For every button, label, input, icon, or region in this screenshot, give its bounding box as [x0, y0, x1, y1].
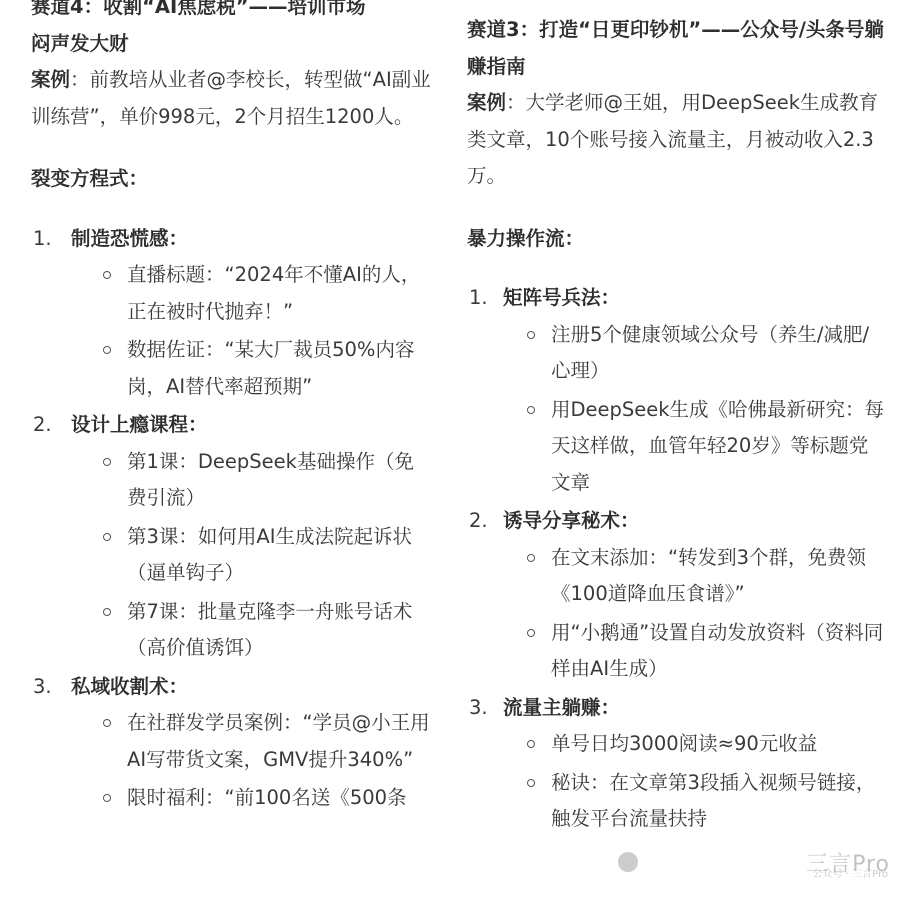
sub-list: 单号日均3000阅读≈90元收益 秘诀：在文章第3段插入视频号链接，触发平台流量… — [503, 726, 887, 838]
watermark-logo-icon — [618, 852, 638, 872]
hollow-bullet-icon — [103, 608, 111, 616]
step-number: 1. — [33, 221, 52, 258]
step-item: 3. 私域收割术： 在社群发学员案例：“学员@小王用AI写带货文案，GMV提升3… — [31, 669, 431, 817]
hollow-bullet-icon — [103, 271, 111, 279]
step-title: 流量主躺赚： — [503, 696, 620, 719]
hollow-bullet-icon — [527, 331, 535, 339]
sub-list: 注册5个健康领域公众号（养生/减肥/心理） 用DeepSeek生成《哈佛最新研究… — [503, 317, 887, 502]
sub-item: 单号日均3000阅读≈90元收益 — [523, 726, 887, 763]
hollow-bullet-icon — [103, 533, 111, 541]
sub-item-text: 单号日均3000阅读≈90元收益 — [551, 732, 817, 755]
steps-list: 1. 矩阵号兵法： 注册5个健康领域公众号（养生/减肥/心理） 用DeepSee… — [467, 280, 887, 838]
track4-heading-line1: 赛道4：收割“AI焦虑税”——培训市场 — [31, 0, 366, 18]
step-item: 2. 设计上瘾课程： 第1课：DeepSeek基础操作（免费引流） 第3课：如何… — [31, 407, 431, 667]
step-number: 1. — [469, 280, 488, 317]
case-text: ：前教培从业者@李校长，转型做“AI副业训练营”，单价998元，2个月招生120… — [31, 68, 431, 128]
sub-item-text: 第3课：如何用AI生成法院起诉状（逼单钩子） — [127, 525, 412, 585]
sub-item: 在社群发学员案例：“学员@小王用AI写带货文案，GMV提升340%” — [99, 705, 431, 778]
sub-item-text: 数据佐证：“某大厂裁员50%内容岗，AI替代率超预期” — [127, 338, 414, 398]
sub-item-text: 限时福利：“前100名送《500条 — [127, 786, 407, 809]
sub-item-text: 注册5个健康领域公众号（养生/减肥/心理） — [551, 323, 869, 383]
step-title: 诱导分享秘术： — [503, 509, 640, 532]
step-number: 3. — [33, 669, 52, 706]
step-title: 私域收割术： — [71, 675, 188, 698]
step-number: 2. — [33, 407, 52, 444]
sub-item-text: 直播标题：“2024年不懂AI的人，正在被时代抛弃！” — [127, 263, 420, 323]
watermark-small: 公众号 · 三言Pro — [813, 865, 888, 880]
step-title: 矩阵号兵法： — [503, 286, 620, 309]
sub-item-text: 在文末添加：“转发到3个群，免费领《100道降血压食谱》” — [551, 546, 866, 606]
right-column: 赛道3：打造“日更印钞机”——公众号/头条号躺赚指南 案例：大学老师@王姐，用D… — [467, 12, 887, 840]
sub-item-text: 在社群发学员案例：“学员@小王用AI写带货文案，GMV提升340%” — [127, 711, 430, 771]
hollow-bullet-icon — [527, 779, 535, 787]
step-number: 3. — [469, 690, 488, 727]
hollow-bullet-icon — [103, 458, 111, 466]
track3-heading: 赛道3：打造“日更印钞机”——公众号/头条号躺赚指南 — [467, 12, 887, 85]
sub-item-text: 用“小鹅通”设置自动发放资料（资料同样由AI生成） — [551, 621, 883, 681]
hollow-bullet-icon — [527, 406, 535, 414]
hollow-bullet-icon — [527, 554, 535, 562]
sub-item: 第3课：如何用AI生成法院起诉状（逼单钩子） — [99, 519, 431, 592]
step-title: 设计上瘾课程： — [71, 413, 208, 436]
sub-list: 第1课：DeepSeek基础操作（免费引流） 第3课：如何用AI生成法院起诉状（… — [71, 444, 431, 667]
sub-item: 数据佐证：“某大厂裁员50%内容岗，AI替代率超预期” — [99, 332, 431, 405]
sub-list: 直播标题：“2024年不懂AI的人，正在被时代抛弃！” 数据佐证：“某大厂裁员5… — [71, 257, 431, 405]
track4-heading-line2: 闷声发大财 — [31, 32, 129, 55]
sub-item: 在文末添加：“转发到3个群，免费领《100道降血压食谱》” — [523, 540, 887, 613]
sub-item: 第7课：批量克隆李一舟账号话术（高价值诱饵） — [99, 594, 431, 667]
sub-item: 限时福利：“前100名送《500条 — [99, 780, 431, 817]
hollow-bullet-icon — [527, 740, 535, 748]
sub-list: 在文末添加：“转发到3个群，免费领《100道降血压食谱》” 用“小鹅通”设置自动… — [503, 540, 887, 688]
step-title: 制造恐慌感： — [71, 227, 188, 250]
sub-item-text: 第7课：批量克隆李一舟账号话术（高价值诱饵） — [127, 600, 412, 660]
sub-item: 注册5个健康领域公众号（养生/减肥/心理） — [523, 317, 887, 390]
left-column: 赛道4：收割“AI焦虑税”——培训市场 闷声发大财 案例：前教培从业者@李校长，… — [31, 0, 431, 819]
track3-case: 案例：大学老师@王姐，用DeepSeek生成教育类文章，10个账号接入流量主，月… — [467, 85, 887, 195]
section-title: 暴力操作流： — [467, 221, 887, 258]
sub-item-text: 第1课：DeepSeek基础操作（免费引流） — [127, 450, 414, 510]
sub-item: 秘诀：在文章第3段插入视频号链接，触发平台流量扶持 — [523, 765, 887, 838]
step-item: 3. 流量主躺赚： 单号日均3000阅读≈90元收益 秘诀：在文章第3段插入视频… — [467, 690, 887, 838]
sub-item: 直播标题：“2024年不懂AI的人，正在被时代抛弃！” — [99, 257, 431, 330]
steps-list: 1. 制造恐慌感： 直播标题：“2024年不懂AI的人，正在被时代抛弃！” 数据… — [31, 221, 431, 817]
step-item: 2. 诱导分享秘术： 在文末添加：“转发到3个群，免费领《100道降血压食谱》”… — [467, 503, 887, 688]
section-title: 裂变方程式： — [31, 161, 431, 198]
track4-heading: 赛道4：收割“AI焦虑税”——培训市场 闷声发大财 — [31, 0, 431, 62]
hollow-bullet-icon — [103, 794, 111, 802]
sub-item: 第1课：DeepSeek基础操作（免费引流） — [99, 444, 431, 517]
sub-item: 用DeepSeek生成《哈佛最新研究：每天这样做，血管年轻20岁》等标题党文章 — [523, 392, 887, 502]
case-text: ：大学老师@王姐，用DeepSeek生成教育类文章，10个账号接入流量主，月被动… — [467, 91, 878, 187]
step-item: 1. 矩阵号兵法： 注册5个健康领域公众号（养生/减肥/心理） 用DeepSee… — [467, 280, 887, 501]
step-number: 2. — [469, 503, 488, 540]
sub-list: 在社群发学员案例：“学员@小王用AI写带货文案，GMV提升340%” 限时福利：… — [71, 705, 431, 817]
case-label: 案例 — [31, 68, 70, 91]
sub-item: 用“小鹅通”设置自动发放资料（资料同样由AI生成） — [523, 615, 887, 688]
step-item: 1. 制造恐慌感： 直播标题：“2024年不懂AI的人，正在被时代抛弃！” 数据… — [31, 221, 431, 406]
sub-item-text: 秘诀：在文章第3段插入视频号链接，触发平台流量扶持 — [551, 771, 875, 831]
case-label: 案例 — [467, 91, 506, 114]
sub-item-text: 用DeepSeek生成《哈佛最新研究：每天这样做，血管年轻20岁》等标题党文章 — [551, 398, 884, 494]
hollow-bullet-icon — [527, 629, 535, 637]
hollow-bullet-icon — [103, 719, 111, 727]
hollow-bullet-icon — [103, 346, 111, 354]
track4-case: 案例：前教培从业者@李校长，转型做“AI副业训练营”，单价998元，2个月招生1… — [31, 62, 431, 135]
